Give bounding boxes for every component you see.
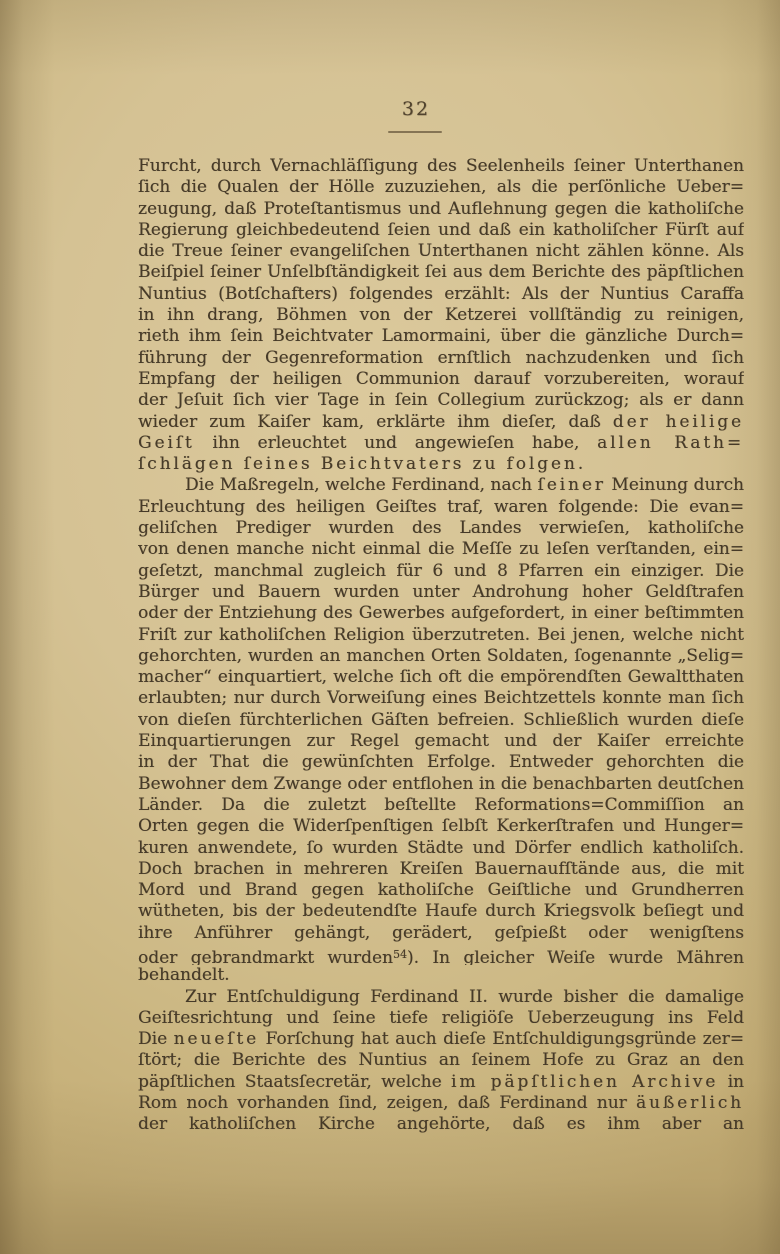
text-line: oder gebrandmarkt wurden54). In gleicher… <box>138 944 744 965</box>
text-line: Empfang der heiligen Communion darauf vo… <box>138 369 744 390</box>
emphasized-text: der heilige <box>613 412 744 432</box>
text-segment: Meinung durch <box>606 475 744 495</box>
text-line: Die neueſte Forſchung hat auch dieſe Ent… <box>138 1029 744 1050</box>
page-number-rule <box>388 131 442 133</box>
text-line: Zur Entſchuldigung Ferdinand II. wurde b… <box>138 987 744 1008</box>
text-line: geliſchen Prediger wurden des Landes ver… <box>138 518 744 539</box>
page-number-container: 32 <box>386 98 446 120</box>
text-segment: päpſtlichen Staatsſecretär, welche <box>138 1072 451 1092</box>
text-line: Länder. Da die zuletzt beſtellte Reforma… <box>138 795 744 816</box>
text-segment: macher“ einquartiert, welche ſich oft di… <box>138 667 744 687</box>
text-line: wieder zum Kaiſer kam, erklärte ihm dieſ… <box>138 412 744 433</box>
text-segment: Erleuchtung des heiligen Geiſtes traf, w… <box>138 497 744 517</box>
text-line: der katholiſchen Kirche angehörte, daß e… <box>138 1114 744 1135</box>
text-line: Beiſpiel ſeiner Unſelbſtändigkeit ſei au… <box>138 262 744 283</box>
text-segment: oder der Entziehung des Gewerbes aufgefo… <box>138 603 744 623</box>
text-segment: wieder zum Kaiſer kam, erklärte ihm dieſ… <box>138 412 613 432</box>
text-line: rieth ihm ſein Beichtvater Lamormaini, ü… <box>138 326 744 347</box>
text-line: in der That die gewünſchten Erfolge. Ent… <box>138 752 744 773</box>
text-segment: behandelt. <box>138 965 230 985</box>
emphasized-text: allen Rath= <box>597 433 744 453</box>
text-segment: Bewohner dem Zwange oder entflohen in di… <box>138 774 744 794</box>
text-segment: Friſt zur katholiſchen Religion überzutr… <box>138 625 744 645</box>
text-segment: Geiſtesrichtung und ſeine tiefe religiöſ… <box>138 1008 744 1029</box>
text-line: Doch brachen in mehreren Kreiſen Bauerna… <box>138 859 744 880</box>
emphasized-text: neueſte <box>174 1029 259 1049</box>
text-segment: ihre Anführer gehängt, gerädert, geſpieß… <box>138 923 744 944</box>
text-segment: Zur Entſchuldigung Ferdinand II. wurde b… <box>185 987 744 1007</box>
text-segment: Einquartierungen zur Regel gemacht und d… <box>138 731 744 752</box>
text-segment: Rom noch vorhanden ſind, zeigen, daß Fer… <box>138 1093 636 1113</box>
text-line: Erleuchtung des heiligen Geiſtes traf, w… <box>138 497 744 518</box>
text-line: gehorchten, wurden an manchen Orten Sold… <box>138 646 744 667</box>
emphasized-text: im päpſtlichen Archive <box>451 1072 718 1092</box>
text-segment: der katholiſchen Kirche angehörte, daß e… <box>138 1114 744 1134</box>
text-line: ſich die Qualen der Hölle zuzuziehen, al… <box>138 177 744 198</box>
text-line: Orten gegen die Widerſpenſtigen ſelbſt K… <box>138 816 744 837</box>
text-line: oder der Entziehung des Gewerbes aufgefo… <box>138 603 744 624</box>
text-segment: rieth ihm ſein Beichtvater Lamormaini, ü… <box>138 326 744 346</box>
text-segment: von denen manche nicht einmal die Meſſe … <box>138 539 744 559</box>
text-segment: Mord und Brand gegen katholiſche Geiſtli… <box>138 880 744 900</box>
text-line: kuren anwendete, ſo wurden Städte und Dö… <box>138 838 744 859</box>
text-line: führung der Gegenreformation ernſtlich n… <box>138 348 744 369</box>
emphasized-text: ſeiner <box>538 475 606 495</box>
text-segment: Die <box>138 1029 174 1049</box>
text-segment: Die Maßregeln, welche Ferdinand, nach <box>185 475 538 495</box>
text-segment: kuren anwendete, ſo wurden Städte und Dö… <box>138 838 744 858</box>
scanned-book-page: 32 Furcht, durch Vernachläſſigung des Se… <box>0 0 780 1254</box>
text-line: die Treue ſeiner evangeliſchen Unterthan… <box>138 241 744 262</box>
text-line: Nuntius (Botſchafters) folgendes erzählt… <box>138 284 744 305</box>
text-line: Friſt zur katholiſchen Religion überzutr… <box>138 625 744 646</box>
text-line: von dieſen fürchterlichen Gäſten befreie… <box>138 710 744 731</box>
emphasized-text: ſchlägen ſeines Beichtvaters zu folgen. <box>138 454 586 474</box>
text-line: wütheten, bis der bedeutendſte Haufe dur… <box>138 901 744 922</box>
text-block: Furcht, durch Vernachläſſigung des Seele… <box>138 156 744 1136</box>
text-segment: in <box>718 1072 744 1092</box>
text-segment: zeugung, daß Proteſtantismus und Auflehn… <box>138 199 744 219</box>
emphasized-text: Geiſt <box>138 433 195 453</box>
text-line: ſtört; die Berichte des Nuntius an ſeine… <box>138 1050 744 1071</box>
text-line: erlaubten; nur durch Vorweiſung eines Be… <box>138 688 744 709</box>
text-line: in ihn drang, Böhmen von der Ketzerei vo… <box>138 305 744 326</box>
text-segment: ſich die Qualen der Hölle zuzuziehen, al… <box>138 177 744 197</box>
text-segment: Doch brachen in mehreren Kreiſen Bauerna… <box>138 859 744 879</box>
text-segment: ihn erleuchtet und angewieſen habe, <box>195 433 597 453</box>
text-line: päpſtlichen Staatsſecretär, welche im pä… <box>138 1072 744 1093</box>
text-segment: der Jeſuit ſich vier Tage in ſein Colleg… <box>138 390 744 410</box>
text-line: Einquartierungen zur Regel gemacht und d… <box>138 731 744 752</box>
text-line: ſchlägen ſeines Beichtvaters zu folgen. <box>138 454 744 475</box>
text-segment: Forſchung hat auch dieſe Entſchuldigungs… <box>259 1029 744 1049</box>
text-segment: Nuntius (Botſchafters) folgendes erzählt… <box>138 284 744 304</box>
text-segment: Beiſpiel ſeiner Unſelbſtändigkeit ſei au… <box>138 262 744 282</box>
text-segment: erlaubten; nur durch Vorweiſung eines Be… <box>138 688 744 708</box>
text-segment: Bürger und Bauern wurden unter Androhung… <box>138 582 744 602</box>
text-line: Geiſt ihn erleuchtet und angewieſen habe… <box>138 433 744 454</box>
text-line: Bewohner dem Zwange oder entflohen in di… <box>138 774 744 795</box>
text-line: zeugung, daß Proteſtantismus und Auflehn… <box>138 199 744 220</box>
text-line: Bürger und Bauern wurden unter Androhung… <box>138 582 744 603</box>
text-segment: Länder. Da die zuletzt beſtellte Reforma… <box>138 795 744 816</box>
text-segment: die Treue ſeiner evangeliſchen Unterthan… <box>138 241 744 261</box>
text-line: Die Maßregeln, welche Ferdinand, nach ſe… <box>138 475 744 496</box>
text-line: Regierung gleichbedeutend ſeien und daß … <box>138 220 744 241</box>
text-segment: geliſchen Prediger wurden des Landes ver… <box>138 518 744 539</box>
text-segment: wütheten, bis der bedeutendſte Haufe dur… <box>138 901 744 921</box>
text-line: geſetzt, manchmal zugleich für 6 und 8 P… <box>138 561 744 582</box>
text-line: ihre Anführer gehängt, gerädert, geſpieß… <box>138 923 744 944</box>
emphasized-text: äußerlich <box>636 1093 744 1113</box>
text-segment: führung der Gegenreformation ernſtlich n… <box>138 348 744 369</box>
text-line: behandelt. <box>138 965 744 986</box>
text-segment: ſtört; die Berichte des Nuntius an ſeine… <box>138 1050 744 1070</box>
footnote-ref: 54 <box>393 948 407 961</box>
text-line: Rom noch vorhanden ſind, zeigen, daß Fer… <box>138 1093 744 1114</box>
text-segment: geſetzt, manchmal zugleich für 6 und 8 P… <box>138 561 744 581</box>
text-segment: von dieſen fürchterlichen Gäſten befreie… <box>138 710 744 730</box>
text-segment: in der That die gewünſchten Erfolge. Ent… <box>138 752 744 772</box>
text-line: Furcht, durch Vernachläſſigung des Seele… <box>138 156 744 177</box>
text-segment: ). In gleicher Weiſe wurde Mähren <box>407 948 744 965</box>
text-segment: Orten gegen die Widerſpenſtigen ſelbſt K… <box>138 816 744 836</box>
text-segment: in ihn drang, Böhmen von der Ketzerei vo… <box>138 305 744 325</box>
text-line: der Jeſuit ſich vier Tage in ſein Colleg… <box>138 390 744 411</box>
text-segment: gehorchten, wurden an manchen Orten Sold… <box>138 646 744 666</box>
text-line: Mord und Brand gegen katholiſche Geiſtli… <box>138 880 744 901</box>
text-line: von denen manche nicht einmal die Meſſe … <box>138 539 744 560</box>
text-segment: Regierung gleichbedeutend ſeien und daß … <box>138 220 744 240</box>
text-line: macher“ einquartiert, welche ſich oft di… <box>138 667 744 688</box>
text-segment: Furcht, durch Vernachläſſigung des Seele… <box>138 156 744 176</box>
page-number: 32 <box>402 98 430 120</box>
text-segment: oder gebrandmarkt wurden <box>138 948 393 965</box>
text-line: Geiſtesrichtung und ſeine tiefe religiöſ… <box>138 1008 744 1029</box>
text-segment: Empfang der heiligen Communion darauf vo… <box>138 369 744 389</box>
